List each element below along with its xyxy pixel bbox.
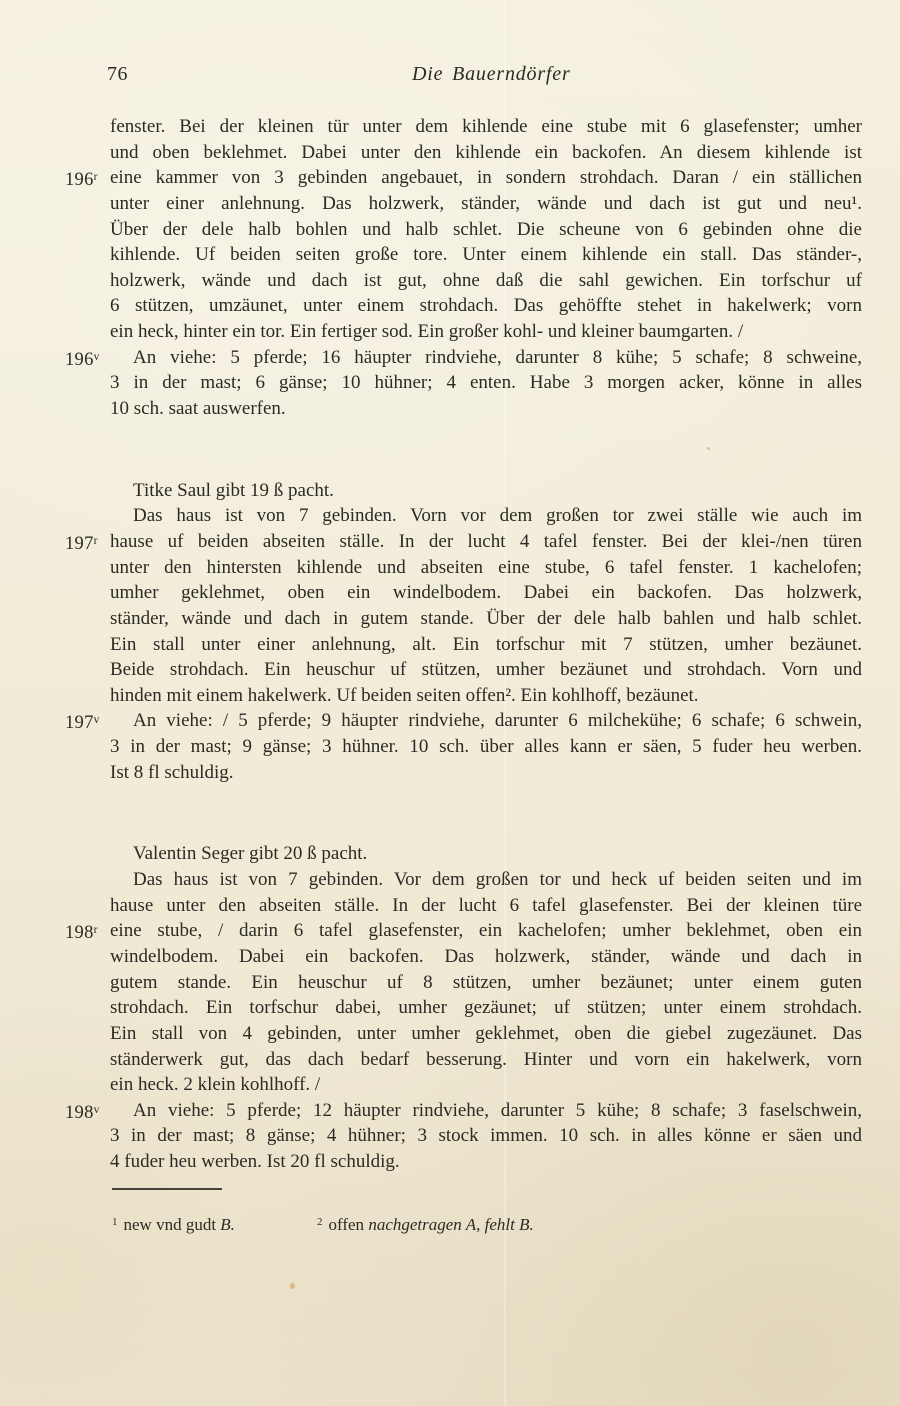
footnote-row: 1new vnd gudt B. 2offen nachgetragen A, … — [112, 1210, 752, 1234]
folio-margin-note: 197r — [65, 529, 98, 558]
text-line: ständer, wände und dach in gutem stande.… — [110, 606, 862, 632]
footnote-rule — [112, 1188, 222, 1190]
folio-margin-note: 198r — [65, 918, 98, 947]
text-line: 3 in der mast; 6 gänse; 10 hühner; 4 ent… — [110, 370, 862, 396]
text-line: windelbodem. Dabei ein backofen. Das hol… — [110, 944, 862, 970]
text-line: unter einer anlehnung. Das holzwerk, stä… — [110, 191, 862, 217]
folio-margin-note-sup: v — [94, 351, 100, 363]
book-page: 76 Die Bauerndörfer fenster. Bei der kle… — [0, 0, 900, 1406]
text-line: Über der dele halb bohlen und halb schle… — [110, 217, 862, 243]
text-line: hinden mit einem hakelwerk. Uf beiden se… — [110, 683, 862, 709]
text-line: Valentin Seger gibt 20 ß pacht. — [110, 841, 862, 867]
text-line: Ein stall unter einer anlehnung, alt. Ei… — [110, 632, 862, 658]
folio-margin-note: 196v — [65, 345, 100, 374]
text-line: ein heck, hinter ein tor. Ein fertiger s… — [110, 319, 862, 345]
text-line: Ein stall von 4 gebinden, unter umher ge… — [110, 1021, 862, 1047]
text-line: ein heck. 2 klein kohlhoff. / — [110, 1072, 862, 1098]
text-line: 10 sch. saat auswerfen. — [110, 396, 862, 422]
footnote-marker: 2 — [317, 1216, 323, 1228]
text-line: und oben beklehmet. Dabei unter den kihl… — [110, 140, 862, 166]
page-number: 76 — [107, 63, 128, 86]
text-line: An viehe: 5 pferde; 12 häupter rindviehe… — [110, 1098, 862, 1124]
footnote-area: 1new vnd gudt B. 2offen nachgetragen A, … — [112, 1188, 752, 1234]
footnote-marker: 1 — [112, 1216, 118, 1228]
text-line: Titke Saul gibt 19 ß pacht. — [110, 478, 862, 504]
text-line: Das haus ist von 7 gebinden. Vor dem gro… — [110, 867, 862, 893]
text-line: eine stube, / darin 6 tafel glasefenster… — [110, 918, 862, 944]
folio-margin-note: 196r — [65, 165, 98, 194]
text-line: Beide strohdach. Ein heuschur uf stützen… — [110, 657, 862, 683]
text-line: hause unter den abseiten ställe. In der … — [110, 893, 862, 919]
section-heading — [110, 440, 862, 466]
folio-margin-note-sup: r — [94, 535, 98, 547]
text-line: An viehe: / 5 pferde; 9 häupter rindvieh… — [110, 708, 862, 734]
folio-margin-note-sup: r — [94, 924, 98, 936]
text-line: unter den hintersten kihlende und abseit… — [110, 555, 862, 581]
text-line: fenster. Bei der kleinen tür unter dem k… — [110, 114, 862, 140]
footnote-text-italic: nachgetragen A, fehlt B. — [368, 1215, 533, 1234]
text-line: strohdach. Ein torfschur dabei, umher ge… — [110, 995, 862, 1021]
text-line: 3 in der mast; 9 gänse; 3 hühner. 10 sch… — [110, 734, 862, 760]
text-line: kihlende. Uf beiden seiten große tore. U… — [110, 242, 862, 268]
text-line: 3 in der mast; 8 gänse; 4 hühner; 3 stoc… — [110, 1123, 862, 1149]
folio-margin-note-sup: v — [94, 1104, 100, 1116]
section-heading — [110, 803, 862, 829]
text-line: 4 fuder heu werben. Ist 20 fl schuldig. — [110, 1149, 862, 1175]
text-column: fenster. Bei der kleinen tür unter dem k… — [110, 114, 862, 1175]
text-line: eine kammer von 3 gebinden angebauet, in… — [110, 165, 862, 191]
running-head: Die Bauerndörfer — [412, 63, 571, 86]
text-line: holzwerk, wände und dach ist gut, ohne d… — [110, 268, 862, 294]
footnote-1: 1new vnd gudt B. — [112, 1210, 235, 1237]
text-line: Das haus ist von 7 gebinden. Vorn vor de… — [110, 503, 862, 529]
text-line: hause uf beiden abseiten ställe. In der … — [110, 529, 862, 555]
text-line: gutem stande. Ein heuschur uf 8 stützen,… — [110, 970, 862, 996]
footnote-text: offen — [329, 1215, 369, 1234]
text-line: umher geklehmet, oben ein windelbodem. D… — [110, 580, 862, 606]
text-line: ständerwerk gut, das dach bedarf besseru… — [110, 1047, 862, 1073]
footnote-text: new vnd gudt — [124, 1215, 221, 1234]
text-line: 6 stützen, umzäunet, unter einem strohda… — [110, 293, 862, 319]
text-line: An viehe: 5 pferde; 16 häupter rindviehe… — [110, 345, 862, 371]
paper-speck — [290, 1283, 295, 1289]
folio-margin-note: 198v — [65, 1098, 100, 1127]
text-line: Ist 8 fl schuldig. — [110, 760, 862, 786]
footnote-text-italic: B. — [220, 1215, 235, 1234]
folio-margin-note-sup: v — [94, 714, 100, 726]
footnote-2: 2offen nachgetragen A, fehlt B. — [317, 1210, 534, 1237]
folio-margin-note: 197v — [65, 708, 100, 737]
folio-margin-note-sup: r — [94, 171, 98, 183]
